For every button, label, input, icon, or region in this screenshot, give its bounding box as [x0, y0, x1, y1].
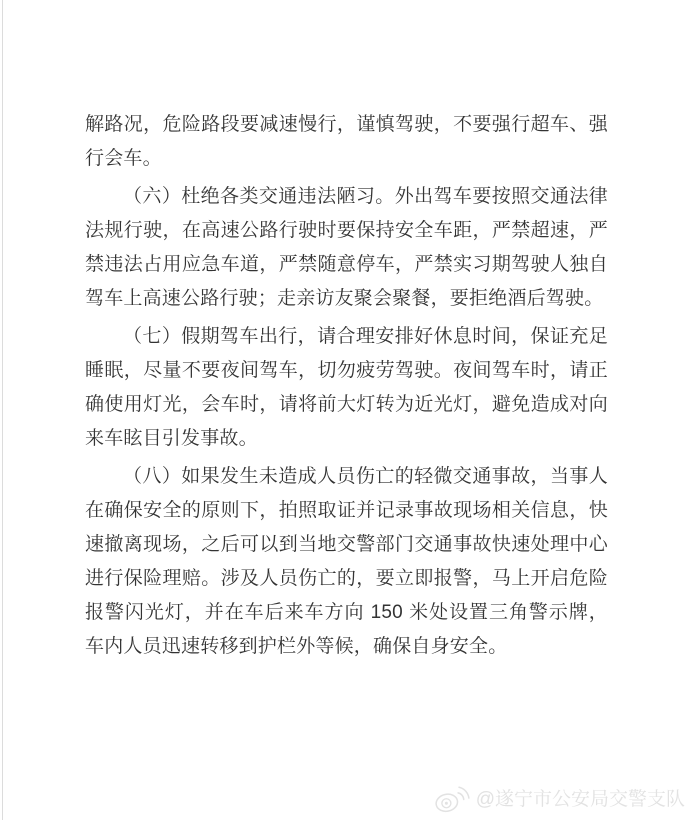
paragraph-item-8: （八）如果发生未造成人员伤亡的轻微交通事故，当事人在确保安全的原则下，拍照取证并…: [85, 460, 608, 664]
article-body: 解路况，危险路段要减速慢行，谨慎驾驶，不要强行超车、强行会车。 （六）杜绝各类交…: [85, 108, 608, 668]
article-page: 解路况，危险路段要减速慢行，谨慎驾驶，不要强行超车、强行会车。 （六）杜绝各类交…: [0, 0, 690, 820]
left-edge-divider: [2, 0, 3, 820]
paragraph-continuation: 解路况，危险路段要减速慢行，谨慎驾驶，不要强行超车、强行会车。: [85, 108, 608, 176]
watermark: @遂宁市公安局交警支队: [433, 784, 685, 814]
watermark-handle: @遂宁市公安局交警支队: [476, 790, 685, 809]
weibo-icon: [433, 784, 471, 814]
paragraph-item-6: （六）杜绝各类交通违法陋习。外出驾车要按照交通法律法规行驶，在高速公路行驶时要保…: [85, 180, 608, 316]
paragraph-item-7: （七）假期驾车出行，请合理安排好休息时间，保证充足睡眠，尽量不要夜间驾车，切勿疲…: [85, 320, 608, 456]
